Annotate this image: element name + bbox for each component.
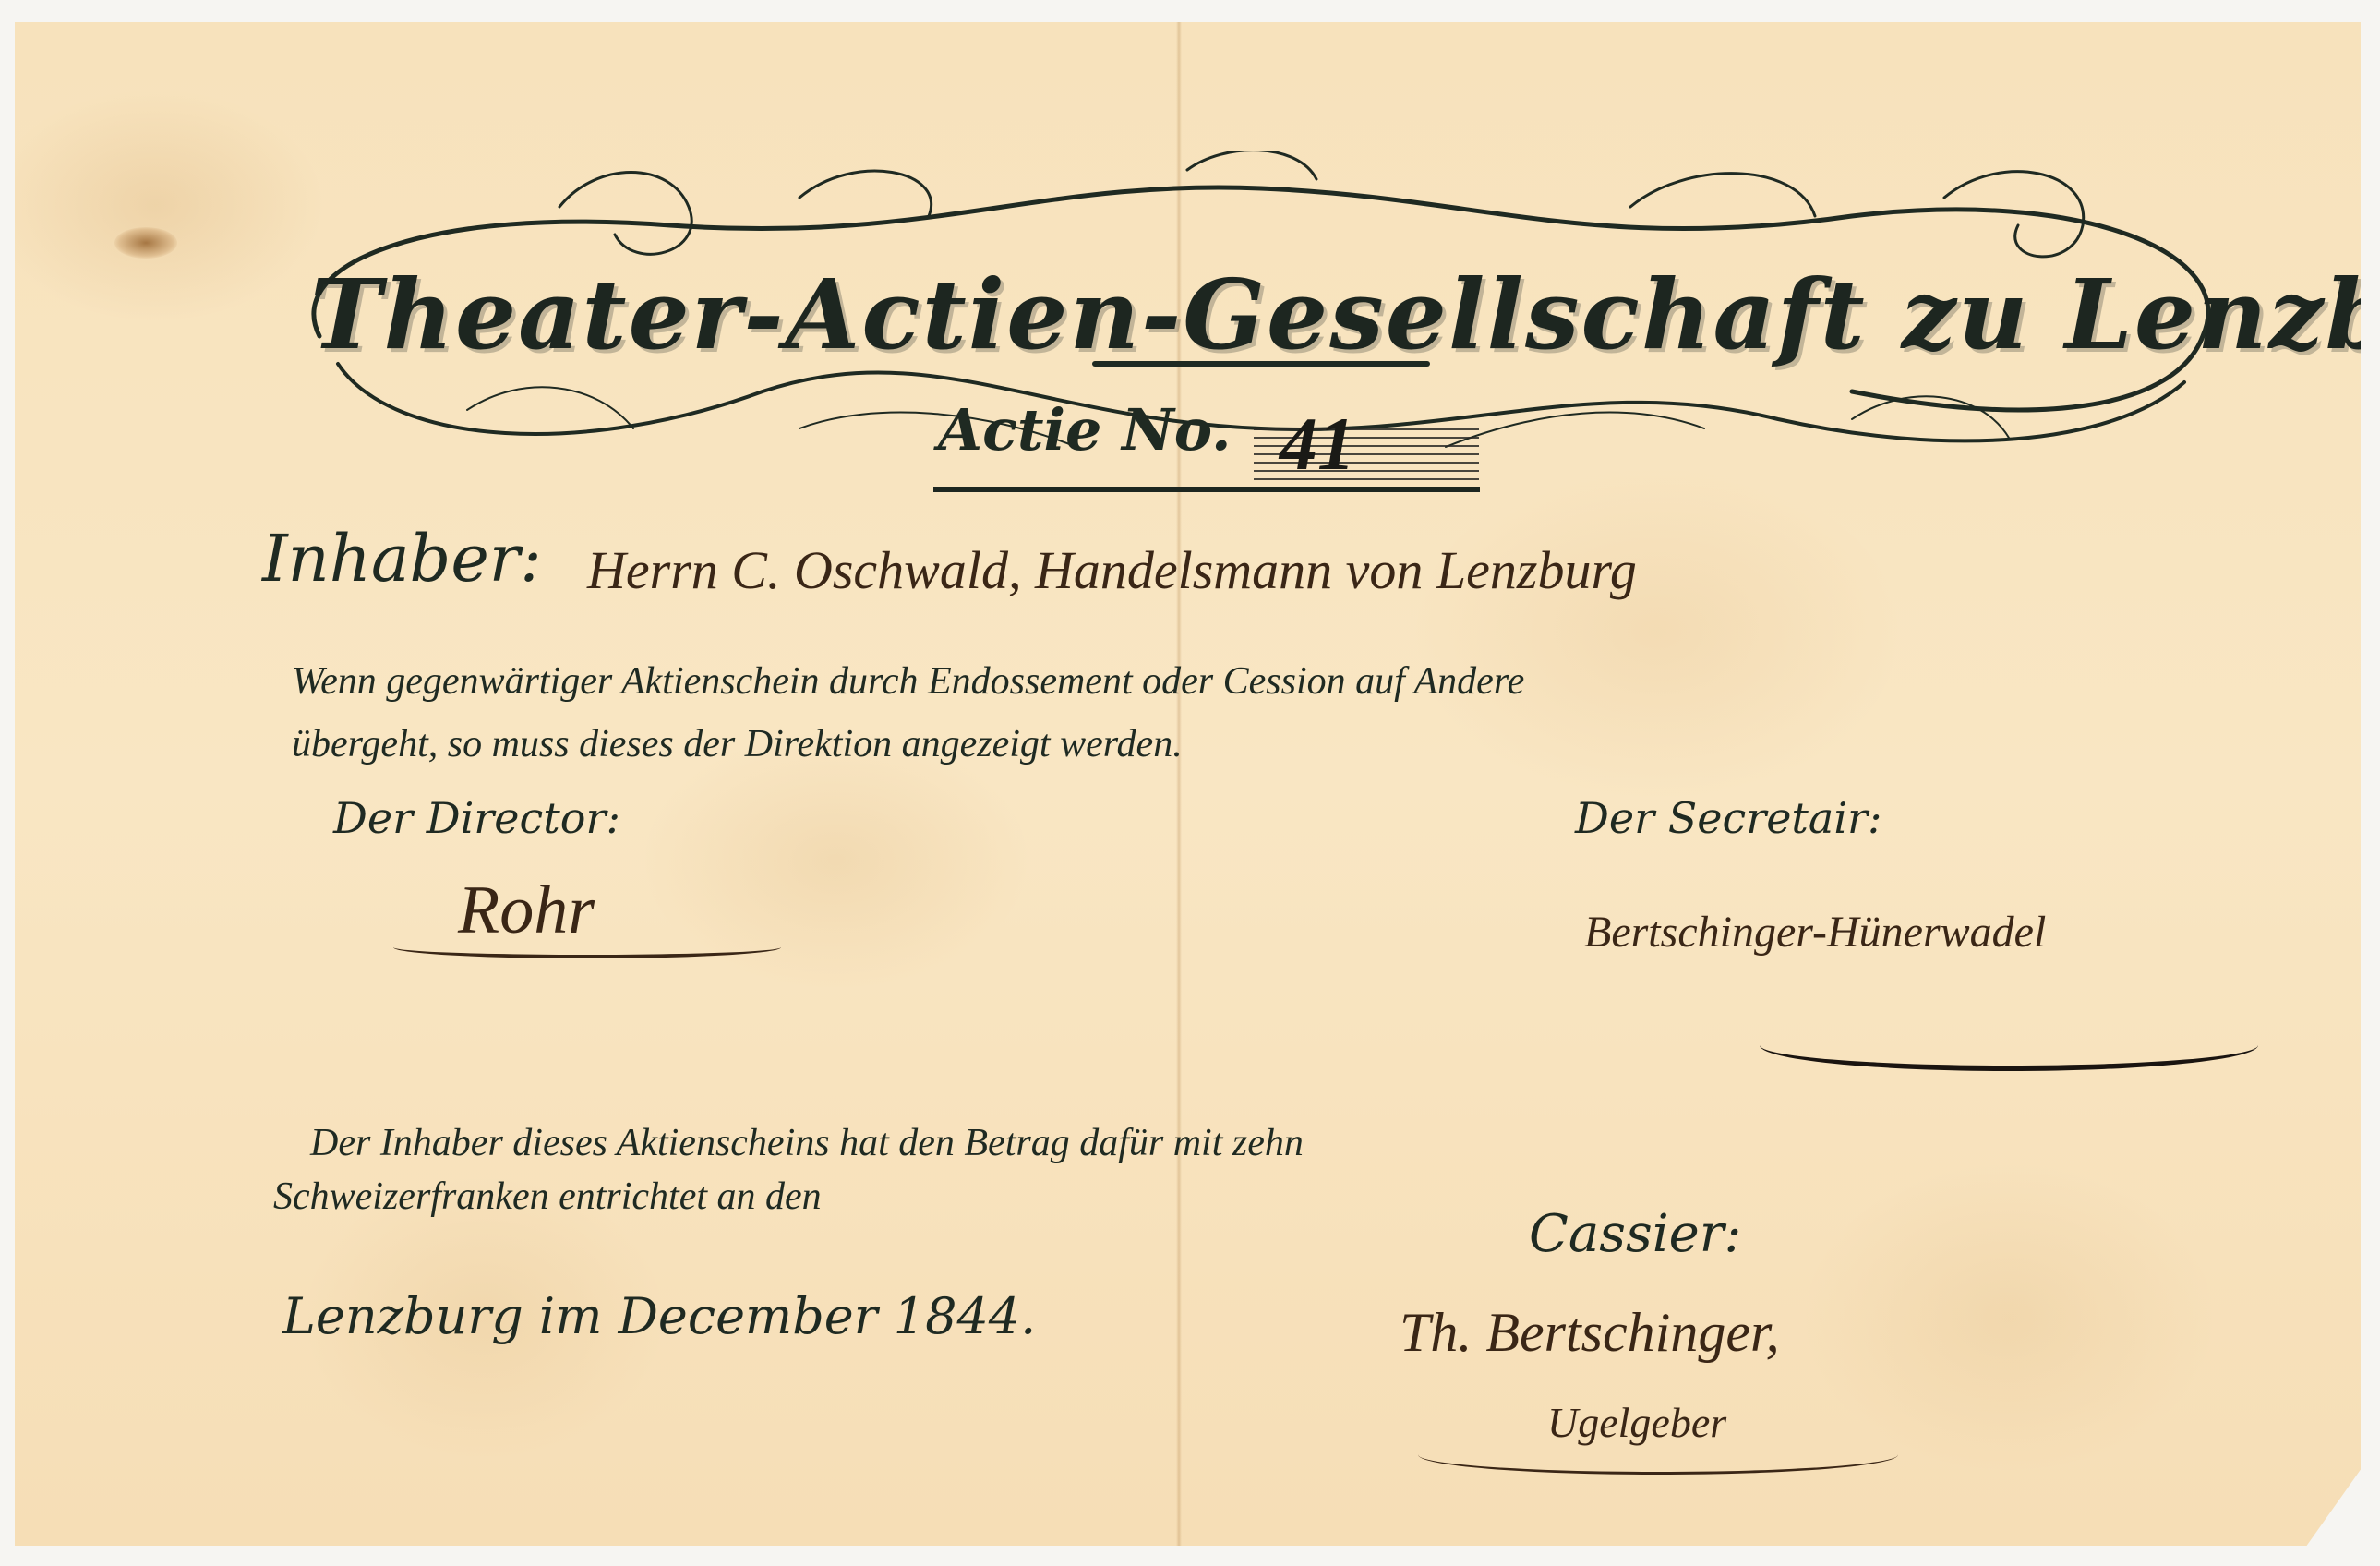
cashier-signature-flourish — [1418, 1435, 1898, 1475]
payment-clause-line-2: Schweizerfranken entrichtet an den — [273, 1174, 822, 1219]
ink-stain — [114, 227, 177, 259]
director-signature-flourish — [393, 936, 781, 958]
secretary-label: Der Secretair: — [1575, 793, 1882, 843]
payment-clause-line-1: Der Inhaber dieses Aktienscheins hat den… — [310, 1121, 1304, 1165]
cashier-signature: Th. Bertschinger, — [1400, 1301, 1780, 1365]
secretary-signature: Bertschinger-Hünerwadel — [1584, 907, 2046, 958]
transfer-clause-line-2: übergeht, so muss dieses der Direktion a… — [292, 722, 1183, 766]
share-number-underline — [933, 487, 1480, 492]
cashier-label: Cassier: — [1529, 1204, 1741, 1264]
transfer-clause-line-1: Wenn gegenwärtiger Aktienschein durch En… — [292, 659, 1524, 704]
holder-name: Herrn C. Oschwald, Handelsmann von Lenzb… — [587, 539, 1637, 601]
certificate-title: Theater-Actien-Gesellschaft zu Lenzburg. — [310, 258, 2230, 371]
certificate-paper: Theater-Actien-Gesellschaft zu Lenzburg.… — [15, 22, 2361, 1546]
secretary-signature-flourish — [1760, 1019, 2258, 1071]
director-label: Der Director: — [333, 793, 620, 843]
holder-label: Inhaber: — [262, 521, 542, 596]
share-number-label: Actie No. — [938, 396, 1232, 464]
share-number: 41 — [1280, 401, 1355, 488]
place-and-date: Lenzburg im December 1844. — [282, 1287, 1036, 1345]
